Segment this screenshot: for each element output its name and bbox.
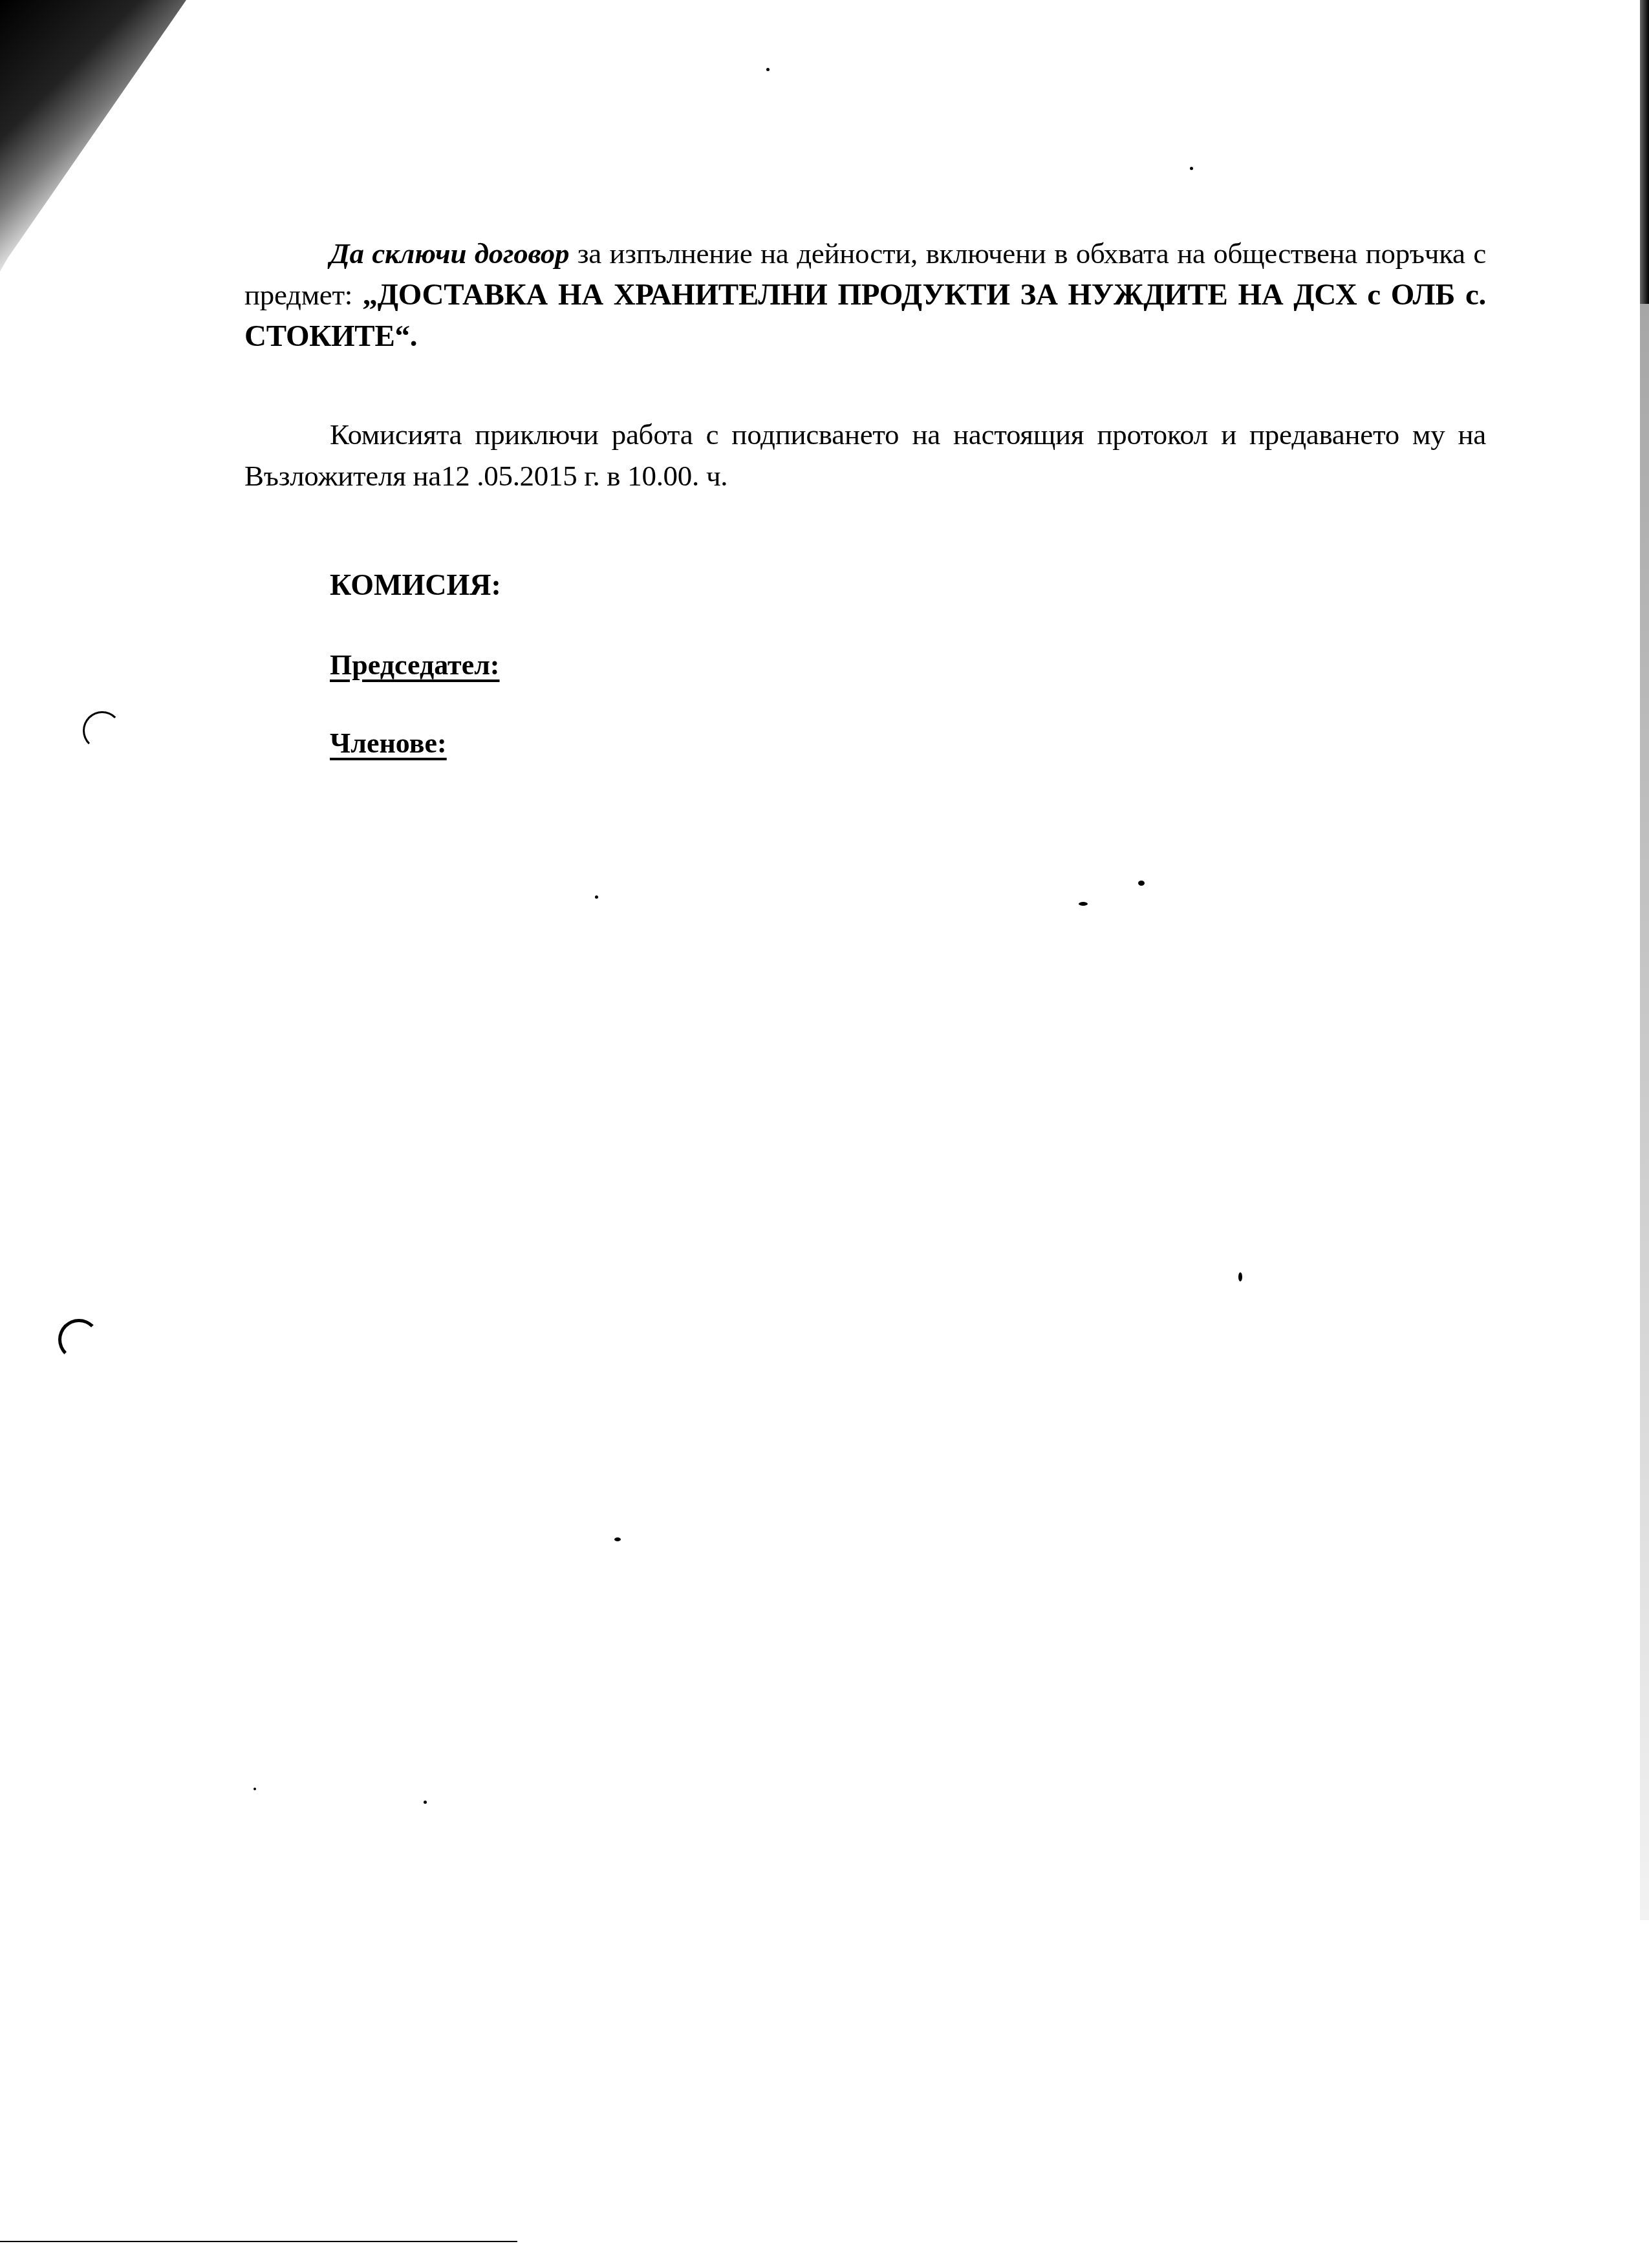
scan-speck xyxy=(424,1801,427,1804)
scan-shadow-corner xyxy=(0,0,194,272)
procurement-subject: „ДОСТАВКА НА ХРАНИТЕЛНИ ПРОДУКТИ ЗА НУЖД… xyxy=(244,278,1486,353)
scan-speck xyxy=(1079,902,1088,906)
chairman-label-text: Председател: xyxy=(330,649,500,681)
document-body: Да сключи договор за изпълнение на дейно… xyxy=(244,233,1486,805)
decision-paragraph: Да сключи договор за изпълнение на дейно… xyxy=(244,233,1486,357)
decision-lead: Да сключи договор xyxy=(330,237,569,270)
scan-speck xyxy=(766,68,770,71)
closing-paragraph: Комисията приключи работа с подписването… xyxy=(244,414,1486,497)
punch-hole-mark xyxy=(58,1319,100,1360)
scan-speck xyxy=(253,1788,256,1790)
members-label-text: Членове: xyxy=(330,727,447,759)
commission-title: КОМИСИЯ: xyxy=(330,568,1486,602)
scan-speck xyxy=(1190,167,1193,170)
scan-speck xyxy=(595,895,598,899)
members-signature-line xyxy=(447,727,473,760)
members-label: Членове: xyxy=(330,727,1486,760)
scan-speck xyxy=(1238,1272,1242,1281)
punch-hole-mark xyxy=(83,711,122,750)
scan-shadow-edge-fade xyxy=(1640,304,1649,1920)
scan-shadow-edge xyxy=(1640,0,1649,304)
scan-speck xyxy=(1138,881,1145,886)
chairman-label: Председател: xyxy=(330,648,1486,681)
scan-speck xyxy=(614,1537,621,1541)
scan-bottom-edge xyxy=(0,2241,517,2242)
commission-signatures: КОМИСИЯ: Председател: Членове: xyxy=(330,568,1486,760)
